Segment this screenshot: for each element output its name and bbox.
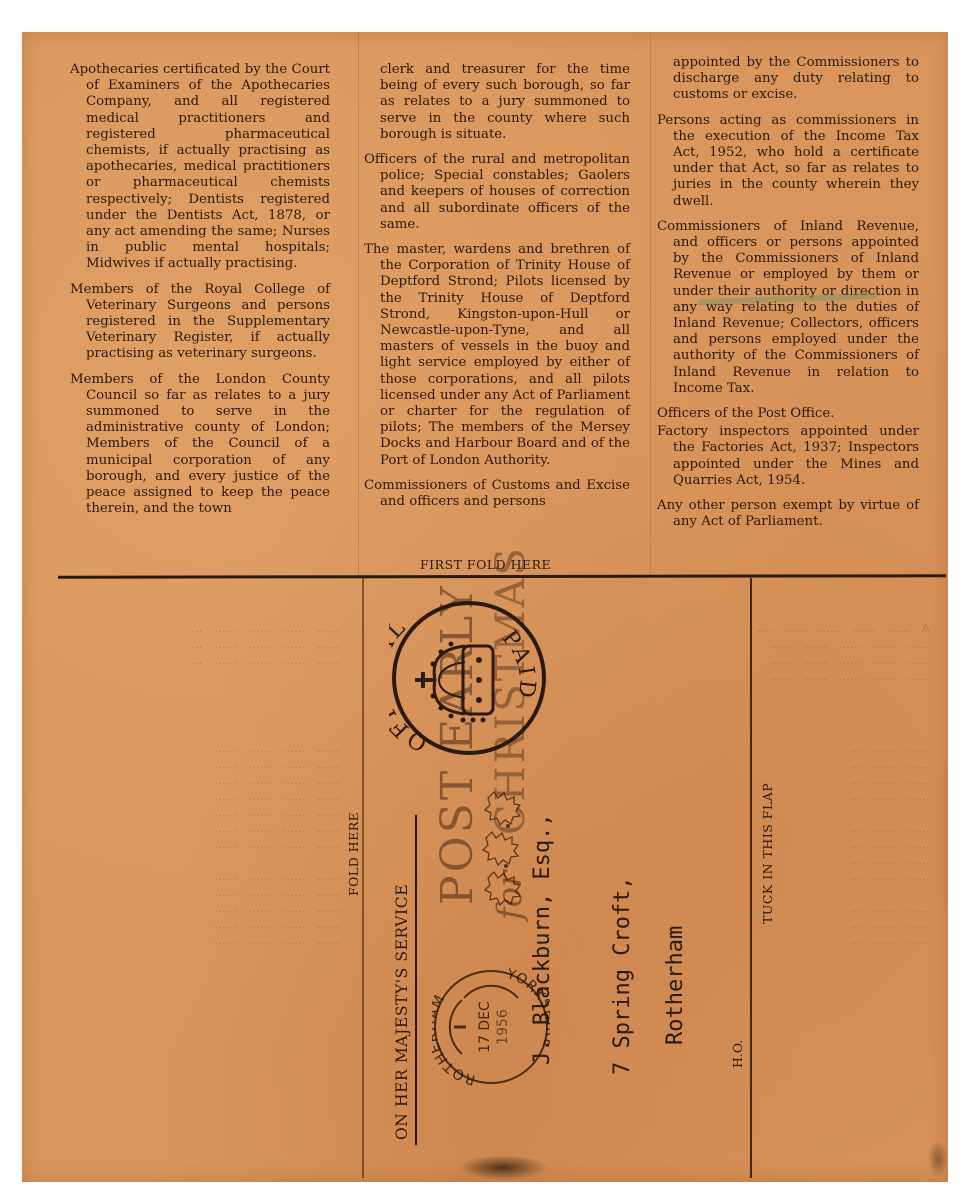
exemption-entry: The master, wardens and brethren of the … bbox=[364, 242, 630, 469]
fold-crease-right bbox=[750, 578, 752, 1178]
holly-icon bbox=[478, 778, 528, 908]
svg-text:17 DEC: 17 DEC bbox=[477, 1001, 493, 1053]
fold-here-label: FOLD HERE bbox=[346, 812, 361, 896]
ink-stain bbox=[458, 1155, 548, 1180]
official-paid-stamp: OFFICIAL PAID bbox=[389, 598, 549, 758]
exemption-entry: Persons acting as commissioners in the e… bbox=[657, 113, 919, 210]
address-street: 7 Spring Croft, bbox=[610, 876, 635, 1075]
exemption-entry: clerk and treasurer for the time being o… bbox=[364, 62, 630, 143]
exemption-entry: Members of the London County Council so … bbox=[70, 372, 330, 518]
exemption-entry: Commissioners of Customs and Excise and … bbox=[364, 478, 630, 510]
address-town: Rotherham bbox=[663, 926, 688, 1045]
bleed-through-text: ...... ...... ... ...... ...... ... ....… bbox=[760, 740, 930, 1040]
exemption-entry: Apothecaries certificated by the Court o… bbox=[70, 62, 330, 273]
vertical-crease bbox=[358, 32, 359, 577]
fold-crease-left bbox=[362, 578, 364, 1178]
bleed-through-text: ...... ...... ...... ...... ... ...... .… bbox=[60, 620, 340, 710]
exemption-column-1: Apothecaries certificated by the Court o… bbox=[70, 62, 330, 526]
exemption-column-2: clerk and treasurer for the time being o… bbox=[364, 62, 630, 519]
exemption-entry: Officers of the Post Office. bbox=[657, 406, 919, 422]
exemption-entry: Commissioners of Inland Revenue, and off… bbox=[657, 219, 919, 397]
crown-icon bbox=[415, 642, 493, 723]
corner-smudge bbox=[928, 1140, 948, 1178]
ohms-rule bbox=[415, 815, 417, 1145]
bleed-through-text: A ...... ...... ...... ...... .... .....… bbox=[560, 620, 930, 710]
tuck-flap-label: TUCK IN THIS FLAP bbox=[760, 783, 775, 924]
exemption-entry: appointed by the Commissioners to discha… bbox=[657, 55, 919, 104]
svg-text:1956: 1956 bbox=[495, 1009, 511, 1045]
exemption-entry: Any other person exempt by virtue of any… bbox=[657, 498, 919, 530]
ohms-label: ON HER MAJESTY'S SERVICE bbox=[393, 884, 411, 1140]
exemption-entry: Members of the Royal College of Veterina… bbox=[70, 282, 330, 363]
office-code: H.O. bbox=[730, 1040, 745, 1068]
bleed-through-text: ...... ...... ...... ...... ...... .....… bbox=[60, 740, 340, 1040]
exemption-entry: Factory inspectors appointed under the F… bbox=[657, 424, 919, 489]
vertical-crease bbox=[650, 32, 651, 577]
address-name: J. Blackburn, Esq., bbox=[530, 813, 555, 1065]
exemption-entry: Officers of the rural and metropolitan p… bbox=[364, 152, 630, 233]
svg-text:ROTHERHAM: ROTHERHAM bbox=[432, 992, 477, 1086]
